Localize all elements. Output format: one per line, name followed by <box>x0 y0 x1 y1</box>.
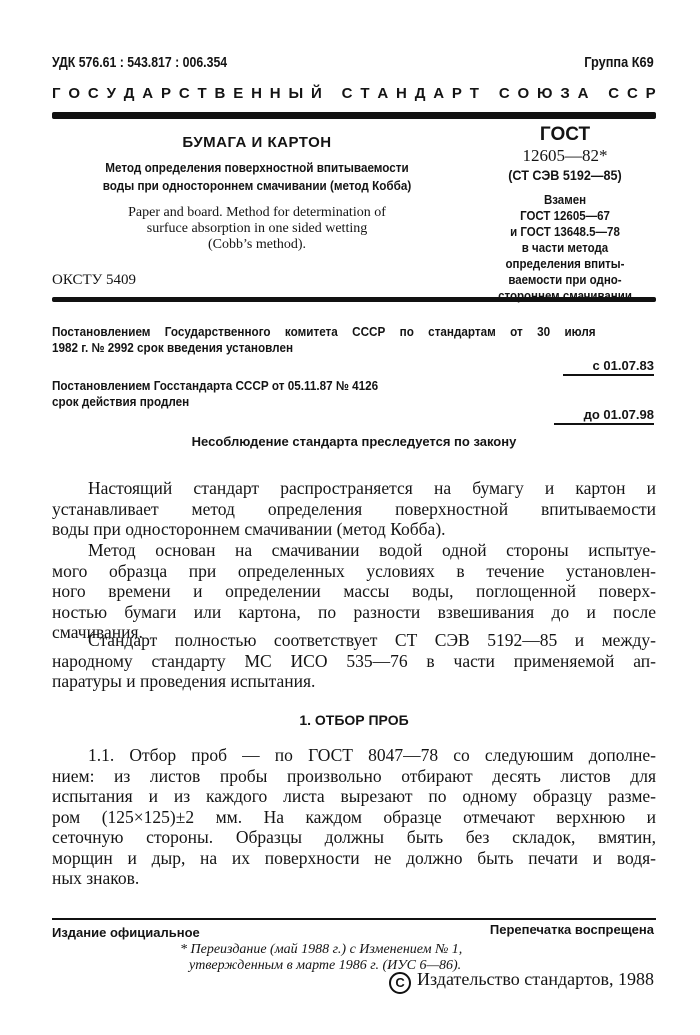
paragraph-sampling: 1.1. Отбор проб — по ГОСТ 8047—78 со сле… <box>52 745 656 889</box>
heading-letter: Д <box>415 85 426 102</box>
heading-letter: А <box>142 85 153 102</box>
heading-letter: С <box>627 85 638 102</box>
paragraph-conformity: Стандарт полностью соответствует СТ СЭВ … <box>52 630 656 692</box>
heading-letter <box>330 85 334 102</box>
heading-letter: Н <box>270 85 281 102</box>
heading-letter: Ю <box>537 85 552 102</box>
text-line: ного времени и определении массы воды, п… <box>52 581 656 602</box>
heading-letter: С <box>179 85 190 102</box>
reissue-line: * Переиздание (май 1988 г.) с Изменением… <box>180 942 462 958</box>
text-line: воды при одностороннем смачивании (метод… <box>52 519 656 540</box>
gost-label: ГОСТ <box>470 124 660 146</box>
official-edition-label: Издание официальное <box>52 925 200 940</box>
reprint-notice: Перепечатка воспрещена <box>490 922 654 937</box>
text-line: мого образца при определенных условиях в… <box>52 561 656 582</box>
title-english: Paper and board. Method for determinatio… <box>52 205 462 253</box>
replace-line: Взамен <box>478 192 653 208</box>
heading-letter: С <box>608 85 619 102</box>
state-standard-heading: ГОСУДАРСТВЕННЫЙ СТАНДАРТ СОЮЗА ССР <box>52 85 656 102</box>
heading-letter: Т <box>198 85 207 102</box>
section-heading: 1. ОТБОР ПРОБ <box>52 712 656 728</box>
replace-line: ваемости при одно- <box>478 272 653 288</box>
heading-letter: О <box>518 85 530 102</box>
heading-letter <box>596 85 600 102</box>
text-line: морщин и дыр, на их поверхности не должн… <box>52 848 656 869</box>
title-en-line: (Cobb’s method). <box>52 237 462 253</box>
heading-letter: С <box>342 85 353 102</box>
title-en-line: surfuce absorption in one sided wetting <box>52 221 462 237</box>
text-line: сеточную стороны. Образцы должны быть бе… <box>52 827 656 848</box>
heading-letter: Й <box>311 85 322 102</box>
copyright: CИздательство стандартов, 1988 <box>389 969 654 994</box>
effective-date: с 01.07.83 <box>563 358 654 376</box>
heading-letter: Н <box>396 85 407 102</box>
gost-number: 12605—82* <box>470 146 660 166</box>
text-line: 1.1. Отбор проб — по ГОСТ 8047—78 со сле… <box>52 745 656 766</box>
heading-letter: Е <box>233 85 243 102</box>
heading-letter: Д <box>124 85 135 102</box>
text-line: Настоящий стандарт распространяется на б… <box>52 478 656 499</box>
replace-line: ГОСТ 12605—67 <box>478 208 653 224</box>
okstu-code: ОКСТУ 5409 <box>52 272 136 289</box>
decree-extension: Постановлением Госстандарта СССР от 05.1… <box>52 378 656 410</box>
heading-letter: У <box>107 85 116 102</box>
decree-introduction: Постановлением Государственного комитета… <box>52 324 656 356</box>
law-notice: Несоблюдение стандарта преследуется по з… <box>52 434 656 449</box>
text-line: ностью бумаги или картона, по разности в… <box>52 602 656 623</box>
heading-letter: Р <box>646 85 656 102</box>
heading-letter: Т <box>470 85 479 102</box>
heading-letter: З <box>560 85 569 102</box>
heading-letter: С <box>499 85 510 102</box>
text-line: ных знаков. <box>52 868 656 889</box>
text-line: нием: из листов пробы произвольно отбира… <box>52 766 656 787</box>
title-ru-line: воды при одностороннем смачивании (метод… <box>73 177 442 195</box>
title-block: БУМАГА И КАРТОН Метод определения поверх… <box>52 134 462 253</box>
heading-letter: А <box>578 85 589 102</box>
text-line: испытания и из каждого листа вырезают по… <box>52 786 656 807</box>
gost-sev: (СТ СЭВ 5192—85) <box>480 166 651 184</box>
paragraph-scope: Настоящий стандарт распространяется на б… <box>52 478 656 540</box>
title-russian: Метод определения поверхностной впитывае… <box>73 159 442 195</box>
gost-designation: ГОСТ 12605—82* (СТ СЭВ 5192—85) Взамен Г… <box>470 124 660 304</box>
expiry-date: до 01.07.98 <box>554 407 654 425</box>
udk-code: УДК 576.61 : 543.817 : 006.354 <box>52 54 227 71</box>
heading-letter: Г <box>52 85 61 102</box>
text-line: Метод основан на смачивании водой одной … <box>52 540 656 561</box>
paragraph-method: Метод основан на смачивании водой одной … <box>52 540 656 643</box>
heading-letter: Р <box>161 85 171 102</box>
gost-replaces: Взамен ГОСТ 12605—67 и ГОСТ 13648.5—78 в… <box>478 192 653 304</box>
footer-rule <box>52 918 656 920</box>
heading-letter <box>487 85 491 102</box>
text-line: паратуры и проведения испытания. <box>52 671 656 692</box>
text-line: ром (125×125)±2 мм. На каждом образце от… <box>52 807 656 828</box>
group-code: Группа К69 <box>585 54 654 71</box>
heading-letter: О <box>68 85 80 102</box>
heading-letter: В <box>215 85 226 102</box>
text-line: Стандарт полностью соответствует СТ СЭВ … <box>52 630 656 651</box>
replace-line: и ГОСТ 13648.5—78 <box>478 224 653 240</box>
title-ru-line: Метод определения поверхностной впитывае… <box>73 159 442 177</box>
heading-letter: С <box>88 85 99 102</box>
decree-line: 1982 г. № 2992 срок введения установлен <box>52 340 655 356</box>
title-rule <box>52 297 656 302</box>
copyright-icon: C <box>389 972 411 994</box>
text-line: устанавливает метод определения поверхно… <box>52 499 656 520</box>
heading-letter: А <box>377 85 388 102</box>
heading-letter: Т <box>360 85 369 102</box>
replace-line: в части метода <box>478 240 653 256</box>
text-line: народному стандарту МС ИСО 535—76 в част… <box>52 651 656 672</box>
header-rule <box>52 112 656 119</box>
heading-letter: Р <box>452 85 462 102</box>
heading-letter: Н <box>251 85 262 102</box>
decree-line: Постановлением Государственного комитета… <box>52 324 596 340</box>
publisher: Издательство стандартов, 1988 <box>417 969 654 989</box>
heading-letter: А <box>433 85 444 102</box>
decree-line: Постановлением Госстандарта СССР от 05.1… <box>52 378 655 394</box>
document-title: БУМАГА И КАРТОН <box>52 134 462 151</box>
title-en-line: Paper and board. Method for determinatio… <box>52 205 462 221</box>
replace-line: определения впиты- <box>478 256 653 272</box>
heading-letter: Ы <box>288 85 303 102</box>
